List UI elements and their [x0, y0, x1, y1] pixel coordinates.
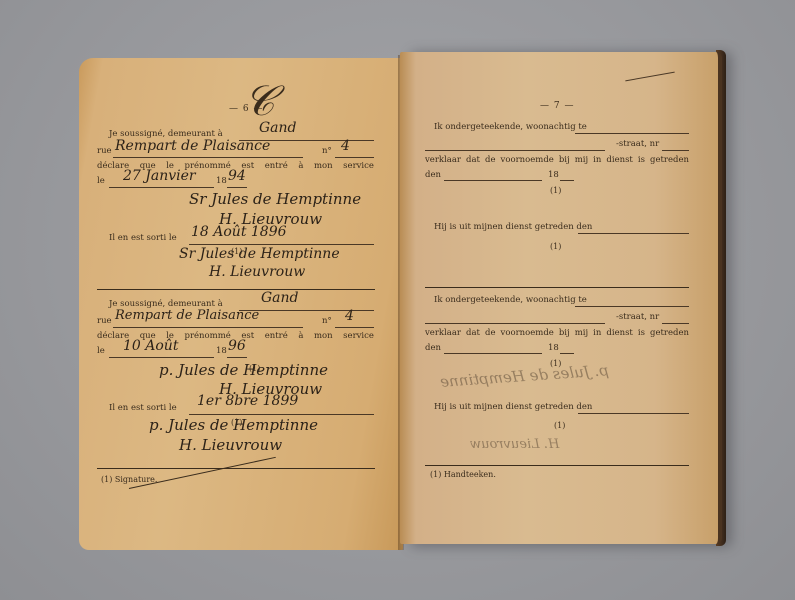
r-entry1-number-line	[662, 150, 689, 151]
r-entry2-resident-line	[575, 306, 689, 307]
word: is	[638, 328, 645, 338]
entry2-date-line	[109, 357, 214, 358]
r-entry1-exit-label: Hij is uit mijnen dienst getreden den	[434, 222, 592, 232]
word: dienst	[606, 155, 632, 165]
entry2-signature-1: p. Jules de Hemptinne	[159, 361, 328, 379]
entry1-exit-signature-2: H. Lieuvrouw	[209, 264, 305, 280]
r-entry1-year-line	[560, 180, 574, 181]
word: entré	[265, 161, 288, 171]
entry2-street-handwriting: Rempart de Plaisance	[115, 308, 259, 323]
r-entry1-resident-label: Ik ondergeteekende, woonachtig te	[434, 122, 587, 132]
entry1-exit-line	[189, 244, 374, 245]
word: de	[485, 155, 495, 165]
entry1-street-prefix: rue	[97, 146, 112, 156]
word: entré	[265, 331, 288, 341]
entry1-year-prefix: 18	[216, 176, 227, 186]
word: voornoemde	[501, 328, 554, 338]
r-entry1-footnote: (1)	[550, 186, 561, 195]
r-entry2-year-label: 18	[548, 343, 559, 353]
word: bij	[559, 155, 570, 165]
r-entry-separator	[425, 287, 689, 288]
entry1-number-line	[335, 157, 374, 158]
ink-bleed-through: p. Jules de Hemptinne	[440, 361, 610, 391]
word: mij	[575, 328, 588, 338]
word: à	[298, 161, 303, 171]
word: service	[343, 161, 374, 171]
r-entry2-exit-label: Hij is uit mijnen dienst getreden den	[434, 402, 592, 412]
word: bij	[559, 328, 570, 338]
entry2-exit-date-handwriting: 1er 8bre 1899	[197, 393, 298, 409]
word: getreden	[650, 328, 689, 338]
entry1-exit-date-handwriting: 18 Août 1896	[191, 224, 287, 240]
r-entry1-declaration: verklaar dat de voornoemde bij mij in di…	[425, 155, 689, 165]
r-entry1-resident-line	[575, 133, 689, 134]
r-entry2-street-label: -straat, nr	[616, 312, 659, 322]
right-page: — 7 — Ik ondergeteekende, woonachtig te …	[400, 52, 722, 544]
entry2-number-line	[335, 327, 374, 328]
entry1-street-line	[113, 157, 303, 158]
r-entry2-date-line	[444, 353, 542, 354]
entry1-exit-label: Il en est sorti le	[109, 233, 177, 243]
word: getreden	[650, 155, 689, 165]
r-entry2-street-line	[425, 323, 605, 324]
entry1-date-line	[109, 187, 214, 188]
r-footnote-separator	[425, 465, 689, 466]
ink-bleed-through: H. Lieuvrouw	[470, 437, 559, 452]
word: prénommé	[185, 331, 231, 341]
entry2-exit-label: Il en est sorti le	[109, 403, 177, 413]
r-entry2-date-label: den	[425, 343, 441, 353]
r-entry1-date-label: den	[425, 170, 441, 180]
entry2-exit-line	[189, 414, 374, 415]
entry2-exit-signature-2: H. Lieuvrouw	[179, 436, 282, 454]
word: verklaar	[425, 328, 461, 338]
entry1-number-handwriting: 4	[341, 138, 350, 154]
pen-mark	[625, 72, 674, 82]
r-entry1-year-label: 18	[548, 170, 559, 180]
entry2-year-handwriting: 96	[228, 338, 246, 354]
footnote-handteeken: (1) Handteeken.	[430, 470, 496, 479]
word: in	[593, 328, 601, 338]
entry2-date-handwriting: 10 Août	[123, 338, 178, 354]
word: is	[638, 155, 645, 165]
entry2-number-label: n°	[322, 316, 332, 326]
word: mon	[314, 331, 333, 341]
word: dat	[466, 155, 480, 165]
entry1-date-handwriting: 27 Janvier	[123, 168, 196, 184]
entry1-year-line	[227, 187, 247, 188]
entry2-year-line	[227, 357, 247, 358]
r-entry2-resident-label: Ik ondergeteekende, woonachtig te	[434, 295, 587, 305]
entry1-signature-1: Sr Jules de Hemptinne	[189, 190, 361, 208]
entry1-exit-signature-1: Sr Jules de Hemptinne	[179, 246, 340, 262]
handwritten-flourish: 𝒞	[244, 76, 275, 126]
footnote-separator	[97, 468, 375, 469]
entry1-date-prefix: le	[97, 176, 105, 186]
r-entry1-exit-footnote: (1)	[550, 242, 561, 251]
entry1-city-handwriting: Gand	[259, 120, 297, 136]
r-entry2-year-line	[560, 353, 574, 354]
r-entry1-street-label: -straat, nr	[616, 139, 659, 149]
word: mon	[314, 161, 333, 171]
word: in	[593, 155, 601, 165]
r-entry2-exit-line	[578, 413, 689, 414]
r-entry2-exit-footnote: (1)	[554, 421, 565, 430]
r-entry1-street-line	[425, 150, 605, 151]
entry1-year-handwriting: 94	[228, 168, 246, 184]
r-entry2-declaration: verklaar dat de voornoemde bij mij in di…	[425, 328, 689, 338]
word: service	[343, 331, 374, 341]
word: de	[485, 328, 495, 338]
left-page: — 6 — 𝒞 Je soussigné, demeurant à Gand r…	[79, 58, 403, 550]
entry2-number-handwriting: 4	[345, 308, 354, 324]
entry2-street-prefix: rue	[97, 316, 112, 326]
entry2-date-prefix: le	[97, 346, 105, 356]
word: mij	[575, 155, 588, 165]
entry2-city-handwriting: Gand	[261, 290, 299, 306]
word: voornoemde	[501, 155, 554, 165]
entry-separator	[97, 289, 375, 290]
entry2-exit-signature-1: p. Jules de Hemptinne	[149, 416, 318, 434]
entry1-street-handwriting: Rempart de Plaisance	[115, 138, 270, 154]
pen-stroke	[129, 457, 276, 489]
r-entry2-number-line	[662, 323, 689, 324]
word: à	[298, 331, 303, 341]
entry2-year-prefix: 18	[216, 346, 227, 356]
word: dat	[466, 328, 480, 338]
entry1-number-label: n°	[322, 146, 332, 156]
word: verklaar	[425, 155, 461, 165]
entry2-street-line	[113, 327, 303, 328]
r-entry1-date-line	[444, 180, 542, 181]
r-entry1-exit-line	[578, 233, 689, 234]
page-number-right: — 7 —	[540, 101, 574, 111]
word: dienst	[606, 328, 632, 338]
